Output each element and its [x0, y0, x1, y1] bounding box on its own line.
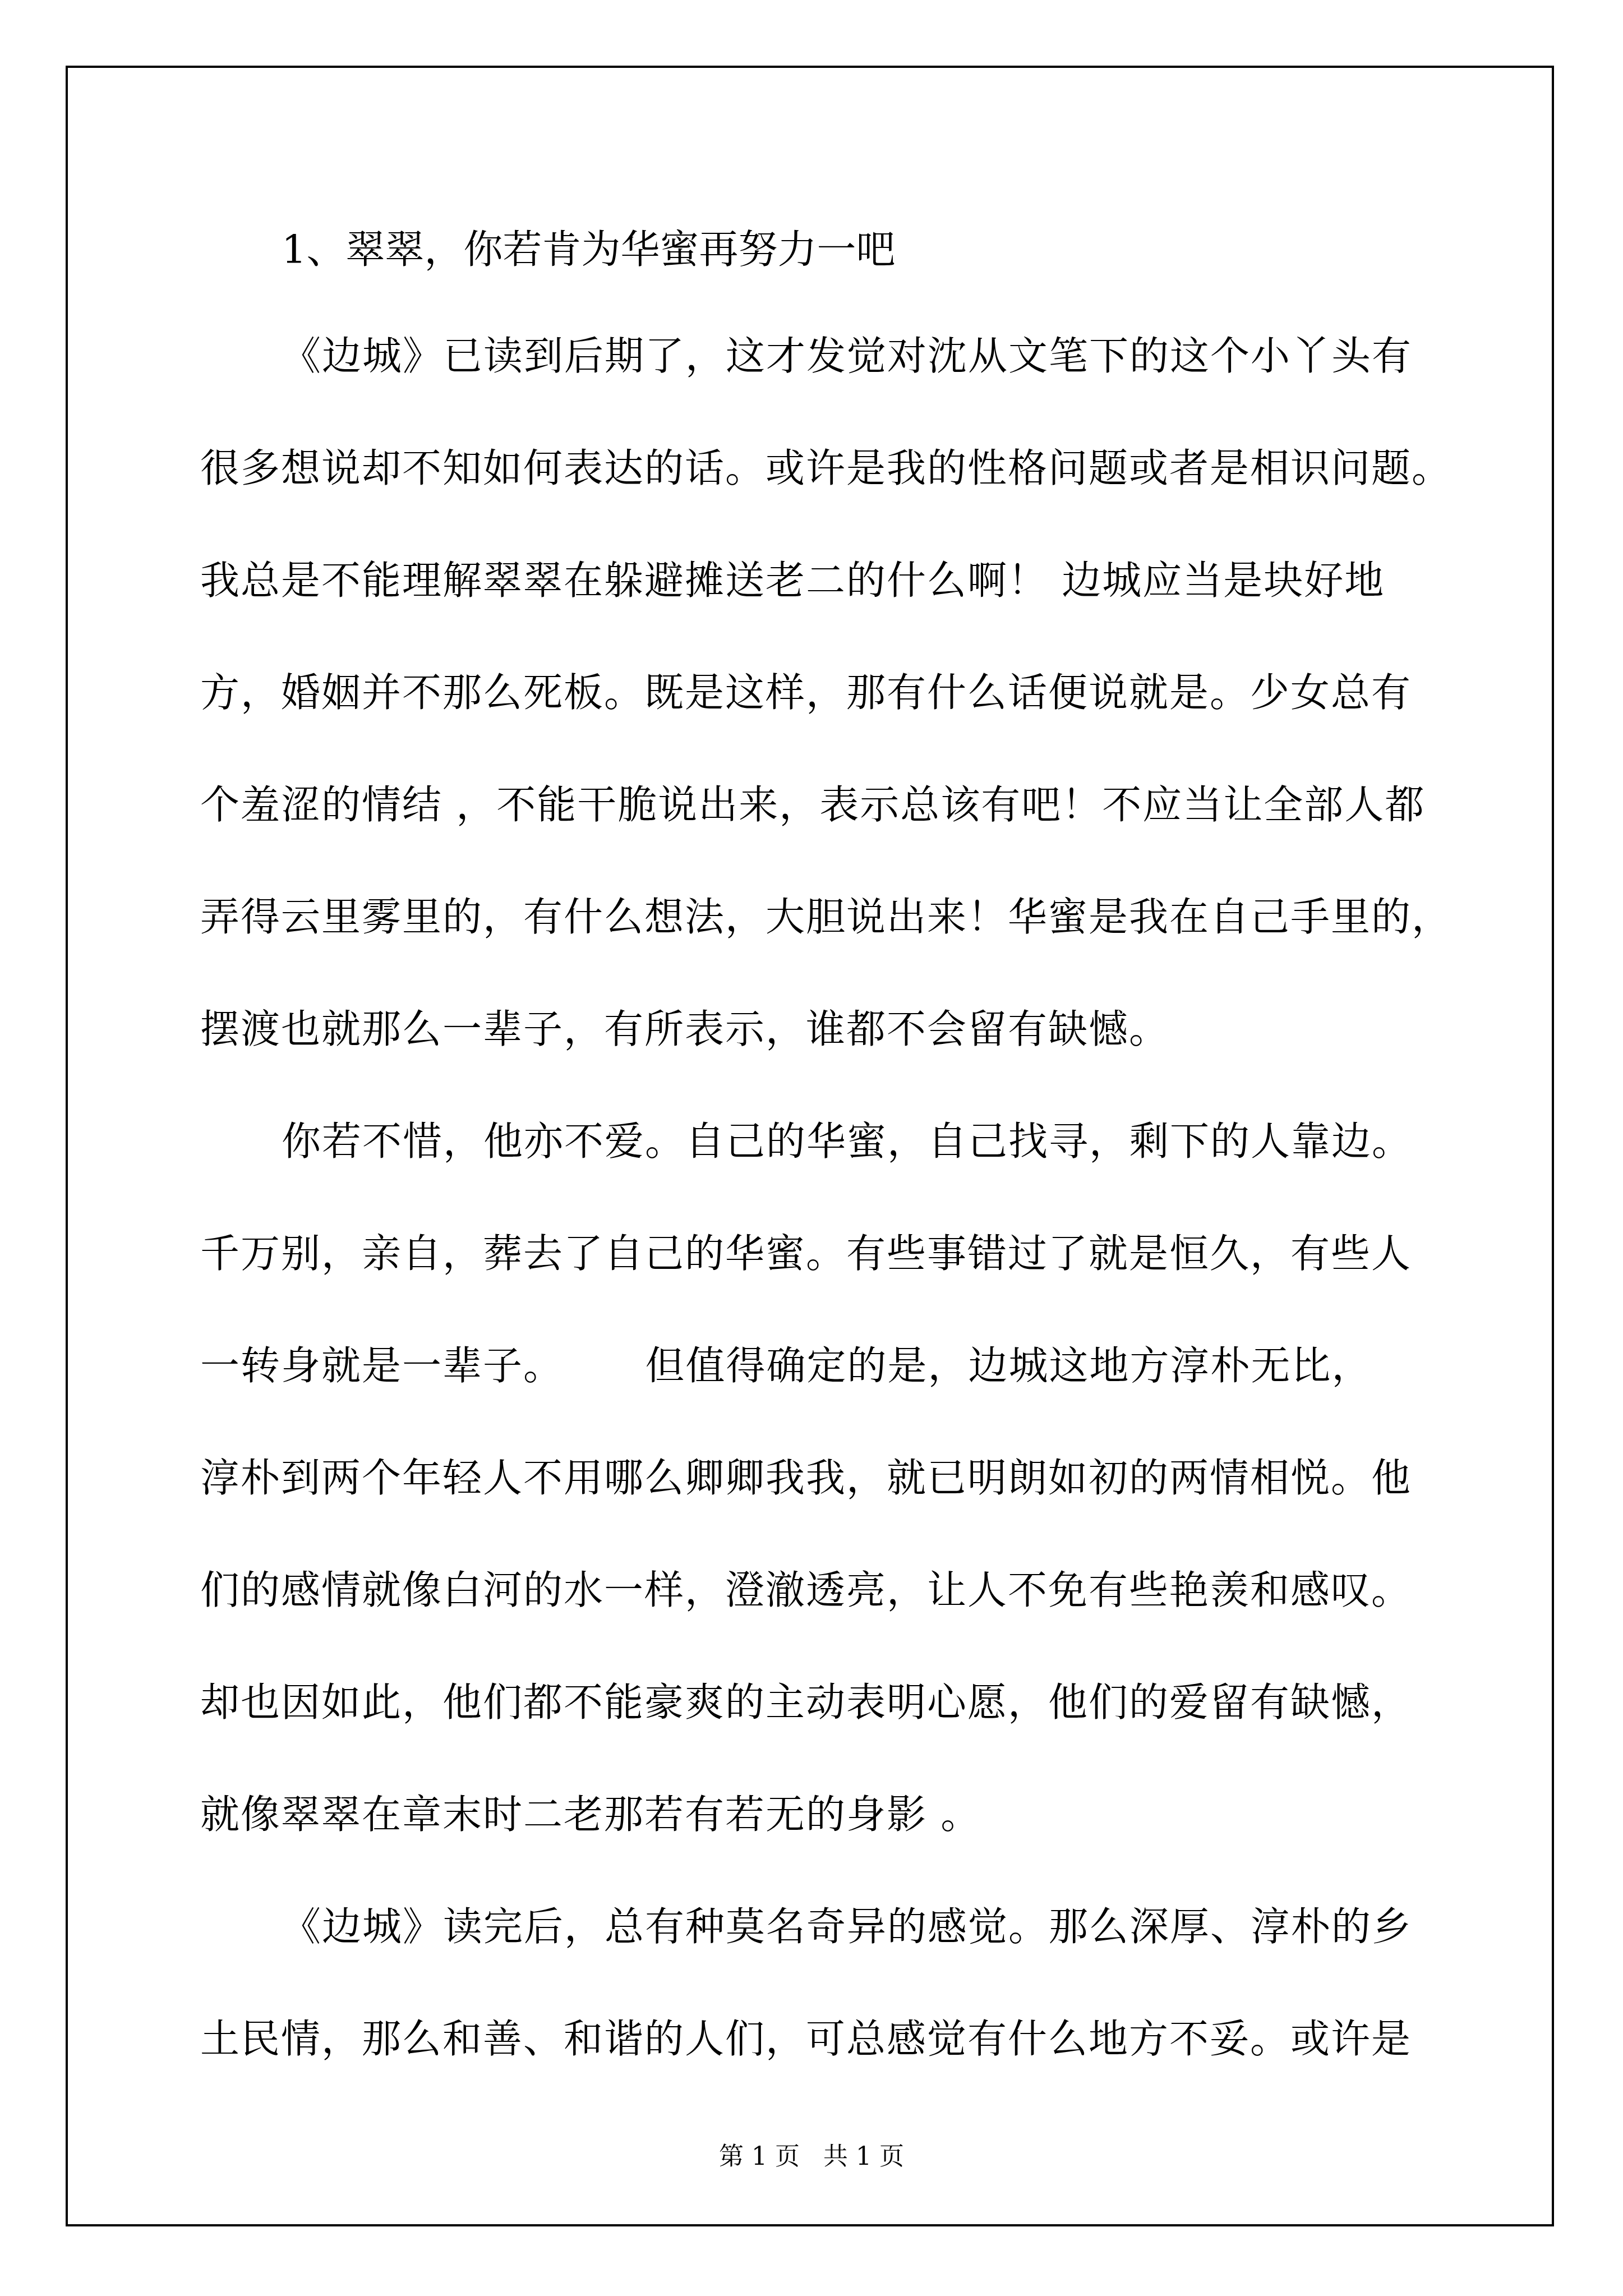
article-text: 《边城》已读到后期了，这才发觉对沈从文笔下的这个小丫头有 很多想说却不知如何表达…	[200, 300, 1434, 2095]
text-line: 摆渡也就那么一辈子，有所表示，谁都不会留有缺憾。	[200, 973, 1434, 1085]
paragraph-3: 《边城》读完后，总有种莫名奇异的感觉。那么深厚、淳朴的乡 土民情，那么和善、和谐…	[200, 1871, 1434, 2095]
text-line: 千万别，亲自，葬去了自己的华蜜。有些事错过了就是恒久，有些人	[200, 1198, 1434, 1310]
paragraph-2: 你若不惜，他亦不爱。自己的华蜜，自己找寻，剩下的人靠边。 千万别，亲自，葬去了自…	[200, 1085, 1434, 1871]
text-line: 就像翠翠在章末时二老那若有若无的身影 。	[200, 1759, 1434, 1871]
text-line: 很多想说却不知如何表达的话。或许是我的性格问题或者是相识问题。	[200, 412, 1434, 524]
text-line: 弄得云里雾里的，有什么想法，大胆说出来！华蜜是我在自己手里的，	[200, 861, 1434, 973]
text-line: 方，婚姻并不那么死板。既是这样，那有什么话便说就是。少女总有	[200, 637, 1434, 749]
text-line: 《边城》读完后，总有种莫名奇异的感觉。那么深厚、淳朴的乡	[200, 1871, 1434, 1983]
text-line: 你若不惜，他亦不爱。自己的华蜜，自己找寻，剩下的人靠边。	[200, 1085, 1434, 1198]
paragraph-1: 《边城》已读到后期了，这才发觉对沈从文笔下的这个小丫头有 很多想说却不知如何表达…	[200, 300, 1434, 1085]
text-line: 《边城》已读到后期了，这才发觉对沈从文笔下的这个小丫头有	[200, 300, 1434, 412]
text-line: 淳朴到两个年轻人不用哪么卿卿我我，就已明朗如初的两情相悦。他	[200, 1422, 1434, 1534]
document-body: 1、翠翠，你若肯为华蜜再努力一吧 《边城》已读到后期了，这才发觉对沈从文笔下的这…	[200, 222, 1434, 2095]
text-line: 却也因如此，他们都不能豪爽的主动表明心愿，他们的爱留有缺憾，	[200, 1646, 1434, 1759]
text-line: 一转身就是一辈子。 但值得确定的是，边城这地方淳朴无比，	[200, 1310, 1434, 1422]
text-line: 们的感情就像白河的水一样，澄澈透亮，让人不免有些艳羡和感叹。	[200, 1534, 1434, 1646]
text-line: 我总是不能理解翠翠在躲避摊送老二的什么啊！ 边城应当是块好地	[200, 524, 1434, 637]
text-line: 土民情，那么和善、和谐的人们，可总感觉有什么地方不妥。或许是	[200, 1983, 1434, 2095]
text-line: 个羞涩的情结 ，不能干脆说出来，表示总该有吧！不应当让全部人都	[200, 749, 1434, 861]
document-title: 1、翠翠，你若肯为华蜜再努力一吧	[282, 222, 1434, 278]
page-number-footer: 第 1 页 共 1 页	[0, 2140, 1623, 2174]
